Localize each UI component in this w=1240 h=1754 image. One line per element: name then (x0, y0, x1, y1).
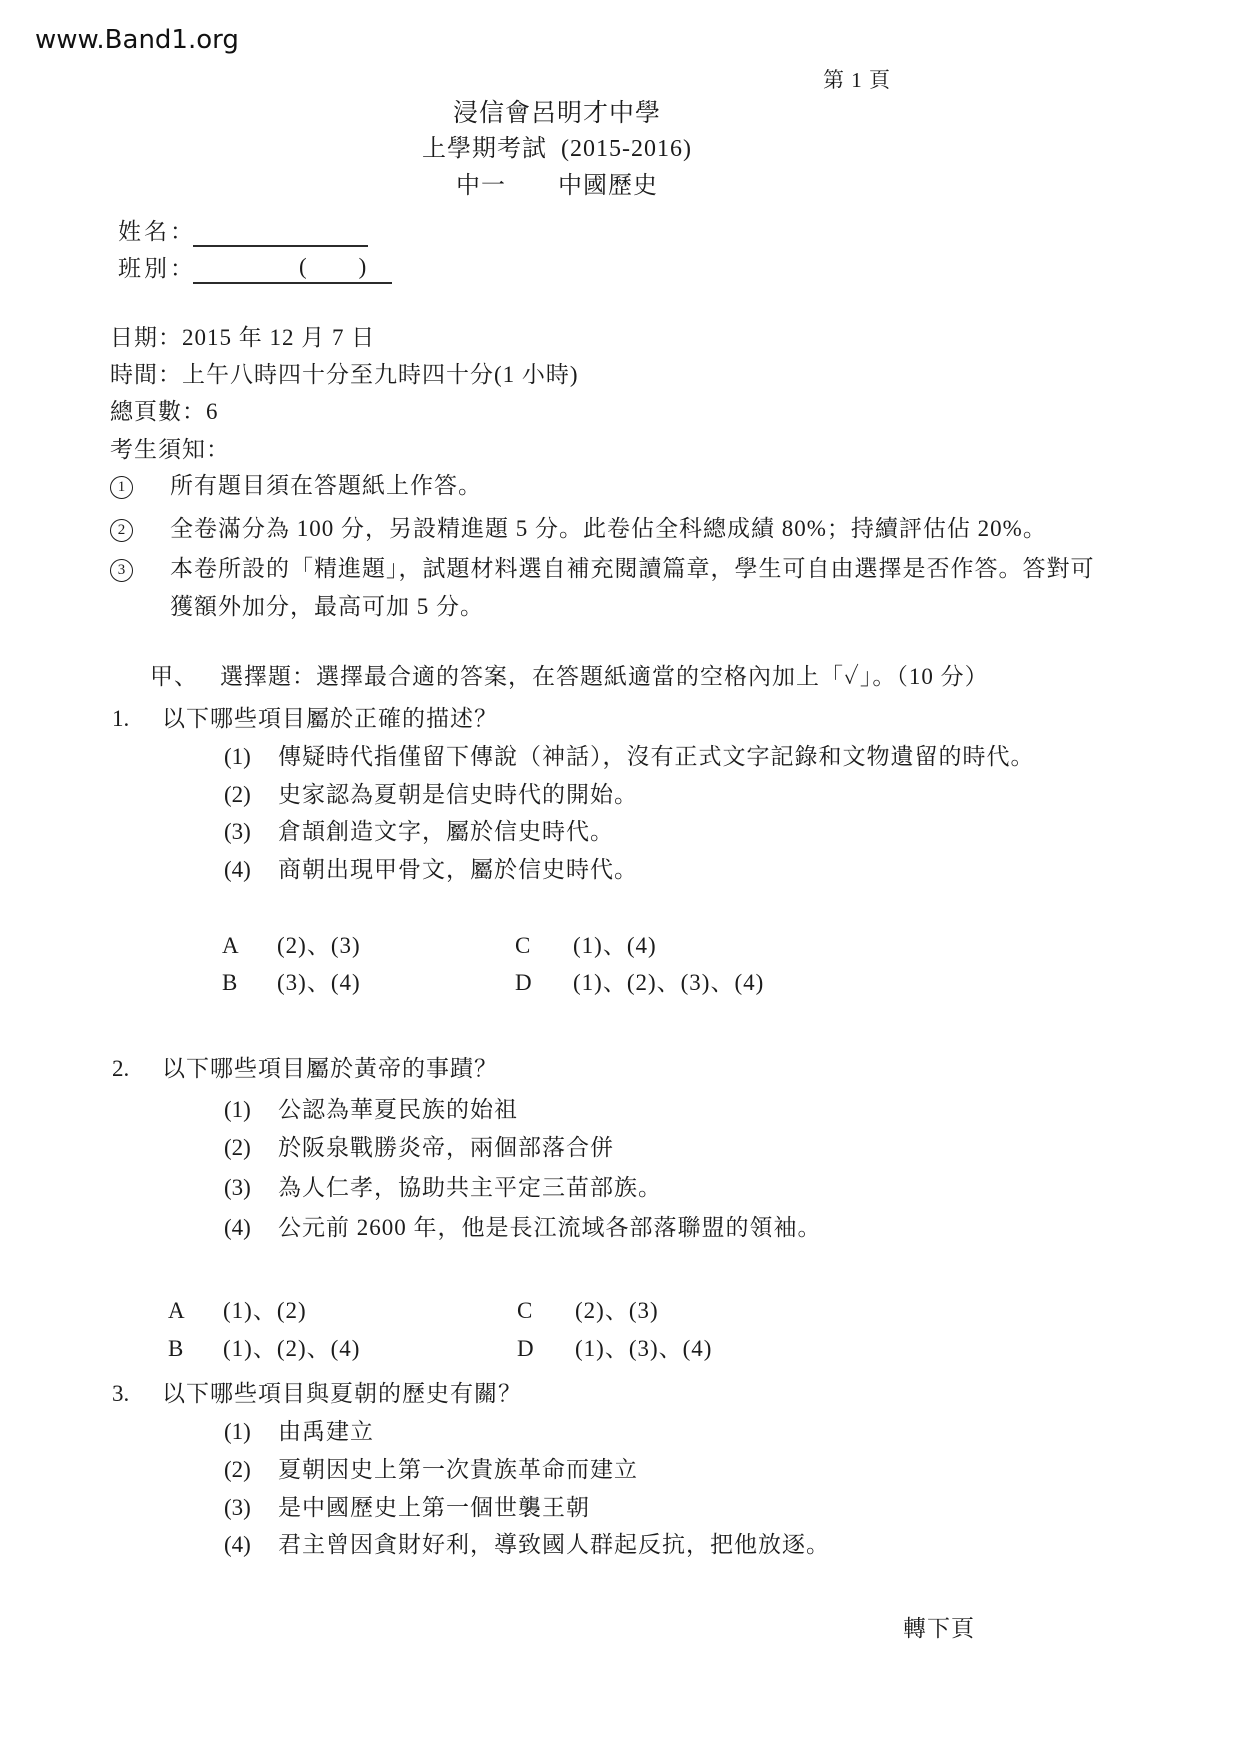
question-3-number: 3. (112, 1381, 162, 1407)
form-subject: 中一中國歷史 (0, 173, 1114, 201)
item-text: 由禹建立 (278, 1419, 374, 1444)
item-text: 為人仁孝，協助共主平定三苗部族。 (278, 1175, 662, 1200)
q1-option-b: B(3)、(4) (222, 970, 361, 996)
notice-3-text-line1: 本卷所設的「精進題」，試題材料選自補充閱讀篇章，學生可自由選擇是否作答。答對可 (170, 556, 1095, 581)
question-2-item-4: (4)公元前 2600 年，他是長江流域各部落聯盟的領袖。 (224, 1215, 822, 1241)
option-label: B (168, 1336, 223, 1362)
item-text: 史家認為夏朝是信史時代的開始。 (278, 782, 638, 807)
item-number: (4) (224, 857, 278, 883)
next-page-note: 轉下頁 (903, 1616, 975, 1642)
exam-paper-page: www.Band1.org 第 1 頁 浸信會呂明才中學 上學期考試(2015-… (0, 0, 1240, 1754)
subject-name: 中國歷史 (558, 173, 658, 199)
q2-option-d: D(1)、(3)、(4) (517, 1336, 712, 1362)
option-label: D (515, 970, 573, 996)
option-value: (1)、(2)、(4) (223, 1336, 360, 1361)
item-number: (2) (224, 782, 278, 808)
class-label: 班別： (118, 256, 196, 281)
question-3: 3.以下哪些項目與夏朝的歷史有關？ (112, 1381, 522, 1407)
option-label: B (222, 970, 277, 996)
option-value: (1)、(4) (573, 933, 657, 958)
item-number: (1) (224, 1097, 278, 1123)
item-number: (2) (224, 1135, 278, 1161)
notice-2-text: 全卷滿分為 100 分，另設精進題 5 分。此卷佔全科總成績 80%；持續評估佔… (170, 516, 1047, 541)
q1-option-c: C(1)、(4) (515, 933, 657, 959)
question-1: 1.以下哪些項目屬於正確的描述？ (112, 706, 498, 732)
exam-title: 上學期考試(2015-2016) (0, 136, 1114, 164)
question-1-item-2: (2)史家認為夏朝是信史時代的開始。 (224, 782, 638, 808)
page-number: 第 1 頁 (823, 68, 891, 92)
item-number: (3) (224, 1495, 278, 1521)
item-number: (3) (224, 1175, 278, 1201)
form-level: 中一 (456, 173, 506, 199)
option-value: (1)、(3)、(4) (575, 1336, 712, 1361)
item-number: (1) (224, 1419, 278, 1445)
item-text: 夏朝因史上第一次貴族革命而建立 (278, 1457, 638, 1482)
option-label: D (517, 1336, 575, 1362)
question-3-text: 以下哪些項目與夏朝的歷史有關？ (162, 1381, 522, 1406)
question-2-text: 以下哪些項目屬於黃帝的事蹟？ (162, 1056, 498, 1081)
item-text: 於阪泉戰勝炎帝，兩個部落合併 (278, 1135, 614, 1160)
item-text: 公元前 2600 年，他是長江流域各部落聯盟的領袖。 (278, 1215, 822, 1240)
option-value: (1)、(2) (223, 1298, 307, 1323)
exam-year: (2015-2016) (561, 136, 692, 162)
item-text: 公認為華夏民族的始祖 (278, 1097, 518, 1122)
option-label: A (168, 1298, 223, 1324)
section-a-heading: 甲、選擇題：選擇最合適的答案，在答題紙適當的空格內加上「✓」。（10 分） (150, 664, 989, 690)
school-name: 浸信會呂明才中學 (0, 100, 1114, 129)
notice-2: 2全卷滿分為 100 分，另設精進題 5 分。此卷佔全科總成績 80%；持續評估… (110, 516, 1047, 542)
item-number: (3) (224, 819, 278, 845)
item-text: 倉頡創造文字，屬於信史時代。 (278, 819, 614, 844)
item-number: (4) (224, 1532, 278, 1558)
notice-1-text: 所有題目須在答題紙上作答。 (170, 473, 482, 498)
question-3-item-3: (3)是中國歷史上第一個世襲王朝 (224, 1495, 590, 1521)
q2-option-a: A(1)、(2) (168, 1298, 307, 1324)
question-3-item-1: (1)由禹建立 (224, 1419, 374, 1445)
option-value: (2)、(3) (575, 1298, 659, 1323)
question-2-number: 2. (112, 1056, 162, 1082)
circled-2-icon: 2 (110, 519, 133, 542)
item-number: (1) (224, 744, 278, 770)
option-value: (3)、(4) (277, 970, 361, 995)
q2-option-c: C(2)、(3) (517, 1298, 659, 1324)
circled-1-icon: 1 (110, 476, 133, 499)
question-2-item-2: (2)於阪泉戰勝炎帝，兩個部落合併 (224, 1135, 614, 1161)
class-row: 班別： (118, 256, 196, 282)
option-value: (2)、(3) (277, 933, 361, 958)
question-2-item-1: (1)公認為華夏民族的始祖 (224, 1097, 518, 1123)
q2-option-b: B(1)、(2)、(4) (168, 1336, 360, 1362)
question-1-item-1: (1)傳疑時代指僅留下傳說（神話），沒有正式文字記錄和文物遺留的時代。 (224, 744, 1035, 770)
notice-1: 1所有題目須在答題紙上作答。 (110, 473, 482, 499)
item-text: 是中國歷史上第一個世襲王朝 (278, 1495, 590, 1520)
notice-3: 3本卷所設的「精進題」，試題材料選自補充閱讀篇章，學生可自由選擇是否作答。答對可 (110, 556, 1095, 582)
item-text: 傳疑時代指僅留下傳說（神話），沒有正式文字記錄和文物遺留的時代。 (278, 744, 1035, 769)
question-1-item-4: (4)商朝出現甲骨文，屬於信史時代。 (224, 857, 638, 883)
question-2: 2.以下哪些項目屬於黃帝的事蹟？ (112, 1056, 498, 1082)
total-pages: 總頁數：6 (110, 399, 219, 425)
question-1-item-3: (3)倉頡創造文字，屬於信史時代。 (224, 819, 614, 845)
item-number: (4) (224, 1215, 278, 1241)
watermark-text: www.Band1.org (35, 25, 239, 55)
notice-title: 考生須知： (110, 437, 230, 463)
exam-date: 日期：2015 年 12 月 7 日 (110, 325, 375, 351)
item-text: 君主曾因貪財好利，導致國人群起反抗，把他放逐。 (278, 1532, 830, 1557)
item-number: (2) (224, 1457, 278, 1483)
class-field-line (193, 282, 392, 284)
option-label: A (222, 933, 277, 959)
name-row: 姓名： (118, 219, 196, 245)
name-field-line (193, 245, 368, 247)
q1-option-d: D(1)、(2)、(3)、(4) (515, 970, 764, 996)
option-label: C (515, 933, 573, 959)
option-value: (1)、(2)、(3)、(4) (573, 970, 764, 995)
notice-3-number: 3 (110, 556, 170, 582)
option-label: C (517, 1298, 575, 1324)
name-label: 姓名： (118, 219, 196, 244)
q1-option-a: A(2)、(3) (222, 933, 361, 959)
section-a-label: 甲、 (150, 664, 220, 690)
question-1-text: 以下哪些項目屬於正確的描述？ (162, 706, 498, 731)
exam-time: 時間：上午八時四十分至九時四十分(1 小時) (110, 362, 579, 388)
notice-3-text-line2: 獲額外加分，最高可加 5 分。 (170, 594, 484, 620)
question-2-item-3: (3)為人仁孝，協助共主平定三苗部族。 (224, 1175, 662, 1201)
notice-2-number: 2 (110, 516, 170, 542)
watermark: www.Band1.org (35, 26, 239, 56)
class-number-parens: ( ) (299, 254, 368, 280)
section-a-title: 選擇題：選擇最合適的答案，在答題紙適當的空格內加上「✓」。（10 分） (220, 664, 989, 689)
exam-term: 上學期考試 (422, 136, 547, 162)
question-3-item-4: (4)君主曾因貪財好利，導致國人群起反抗，把他放逐。 (224, 1532, 830, 1558)
notice-1-number: 1 (110, 473, 170, 499)
question-1-number: 1. (112, 706, 162, 732)
item-text: 商朝出現甲骨文，屬於信史時代。 (278, 857, 638, 882)
circled-3-icon: 3 (110, 559, 133, 582)
question-3-item-2: (2)夏朝因史上第一次貴族革命而建立 (224, 1457, 638, 1483)
